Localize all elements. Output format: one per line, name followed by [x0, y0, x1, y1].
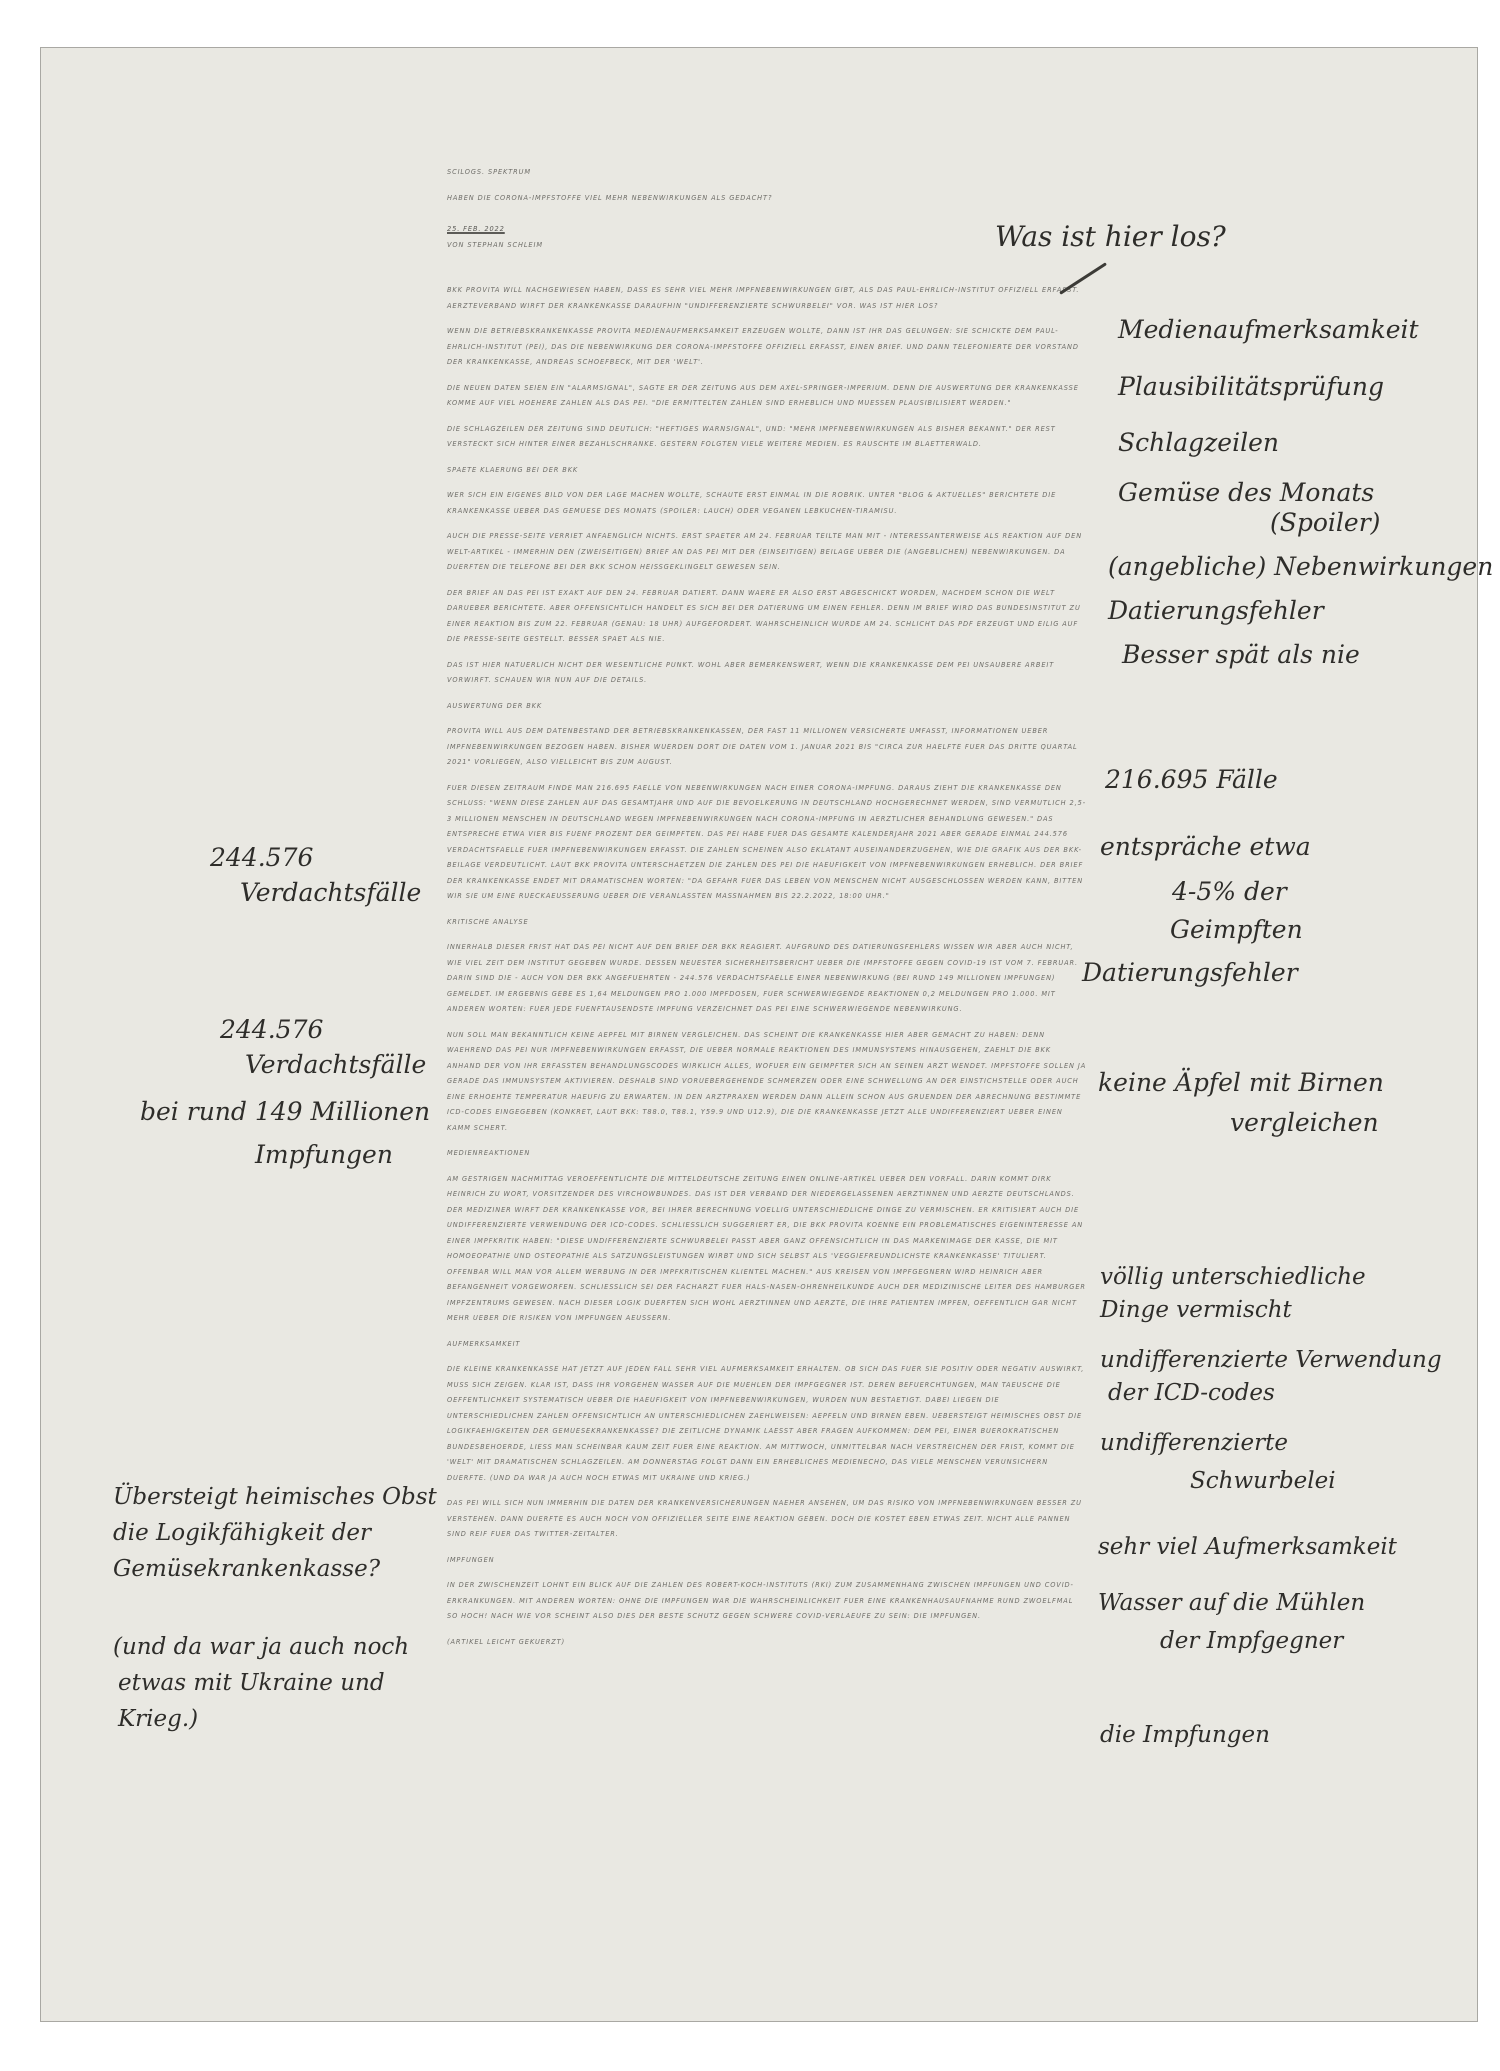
note-spoiler: (Spoiler): [1270, 508, 1380, 538]
note-medienaufmerksamkeit: Medienaufmerksamkeit: [1118, 315, 1419, 345]
section-heading: MEDIENREAKTIONEN: [447, 1146, 1087, 1162]
note-undiff-verwendung: undifferenzierte Verwendung: [1100, 1345, 1442, 1375]
paragraph: DIE SCHLAGZEILEN DER ZEITUNG SIND DEUTLI…: [447, 422, 1087, 453]
paragraph: PROVITA WILL AUS DEM DATENBESTAND DER BE…: [447, 724, 1087, 771]
section-heading: SPAETE KLAERUNG BEI DER BKK: [447, 463, 1087, 479]
paragraph: WER SICH EIN EIGENES BILD VON DER LAGE M…: [447, 488, 1087, 519]
note-aepfel-birnen: keine Äpfel mit Birnen: [1098, 1068, 1384, 1098]
note-cases: 216.695 Fälle: [1105, 765, 1278, 795]
article-footnote: (ARTIKEL LEICHT GEKUERZT): [447, 1635, 1087, 1651]
note-question: Was ist hier los?: [995, 222, 1226, 252]
section-heading: AUSWERTUNG DER BKK: [447, 699, 1087, 715]
note-entspraeche: entspräche etwa: [1100, 832, 1311, 862]
note-left-verdacht-label-2: Verdachtsfälle: [245, 1050, 426, 1080]
note-left-obst-1: Übersteigt heimisches Obst: [113, 1482, 437, 1512]
note-left-ukraine-1: (und da war ja auch noch: [113, 1632, 409, 1662]
paragraph: AUCH DIE PRESSE-SEITE VERRIET ANFAENGLIC…: [447, 529, 1087, 576]
note-left-ukraine-3: Krieg.): [118, 1704, 198, 1734]
article-source: SCILOGS. SPEKTRUM: [447, 165, 1087, 181]
paragraph: BKK PROVITA WILL NACHGEWIESEN HABEN, DAS…: [447, 283, 1087, 314]
paragraph: DAS PEI WILL SICH NUN IMMERHIN DIE DATEN…: [447, 1496, 1087, 1543]
paragraph: IN DER ZWISCHENZEIT LOHNT EIN BLICK AUF …: [447, 1578, 1087, 1625]
paragraph: DER BRIEF AN DAS PEI IST EXAKT AUF DEN 2…: [447, 586, 1087, 648]
note-percent: 4-5% der: [1172, 877, 1287, 907]
note-schwurbelei: Schwurbelei: [1190, 1466, 1336, 1496]
note-vergleichen: vergleichen: [1230, 1108, 1379, 1138]
note-die-impfungen: die Impfungen: [1100, 1720, 1270, 1750]
paragraph: WENN DIE BETRIEBSKRANKENKASSE PROVITA ME…: [447, 324, 1087, 371]
section-heading: AUFMERKSAMKEIT: [447, 1337, 1087, 1353]
note-left-obst-2: die Logikfähigkeit der: [113, 1518, 371, 1548]
note-geimpften: Geimpften: [1170, 915, 1303, 945]
note-left-impfungen: Impfungen: [255, 1140, 393, 1170]
paragraph: DAS IST HIER NATUERLICH NICHT DER WESENT…: [447, 658, 1087, 689]
paragraph: FUER DIESEN ZEITRAUM FINDE MAN 216.695 F…: [447, 781, 1087, 905]
note-left-obst-3: Gemüsekrankenkasse?: [113, 1554, 380, 1584]
typed-article: SCILOGS. SPEKTRUM HABEN DIE CORONA-IMPFS…: [447, 165, 1087, 1660]
note-icd-codes: der ICD-codes: [1108, 1378, 1275, 1408]
note-undiff: undifferenzierte: [1100, 1428, 1288, 1458]
note-voellig: völlig unterschiedliche: [1100, 1262, 1366, 1292]
paragraph: AM GESTRIGEN NACHMITTAG VEROEFFENTLICHTE…: [447, 1172, 1087, 1327]
paragraph: INNERHALB DIESER FRIST HAT DAS PEI NICHT…: [447, 940, 1087, 1018]
section-heading: IMPFUNGEN: [447, 1553, 1087, 1569]
note-aufmerksamkeit: sehr viel Aufmerksamkeit: [1098, 1532, 1397, 1562]
note-left-verdacht-num-1: 244.576: [210, 843, 313, 873]
paragraph: DIE NEUEN DATEN SEIEN EIN "ALARMSIGNAL",…: [447, 381, 1087, 412]
note-left-rund: bei rund 149 Millionen: [140, 1097, 430, 1127]
note-left-verdacht-num-2: 244.576: [220, 1015, 323, 1045]
note-datierungsfehler: Datierungsfehler: [1108, 596, 1324, 626]
article-date: 25. FEB. 2022: [447, 222, 1087, 238]
note-impfgegner: der Impfgegner: [1160, 1626, 1343, 1656]
note-plausibilitaet: Plausibilitätsprüfung: [1118, 372, 1384, 402]
note-left-verdacht-label-1: Verdachtsfälle: [240, 878, 421, 908]
article-author: VON STEPHAN SCHLEIM: [447, 238, 1087, 254]
note-dinge-vermischt: Dinge vermischt: [1100, 1295, 1292, 1325]
note-gemuese: Gemüse des Monats: [1118, 478, 1374, 508]
article-headline: HABEN DIE CORONA-IMPFSTOFFE VIEL MEHR NE…: [447, 191, 1087, 207]
note-datierungsfehler-2: Datierungsfehler: [1082, 958, 1298, 988]
note-nebenwirkungen: (angebliche) Nebenwirkungen: [1108, 552, 1493, 582]
note-schlagzeilen: Schlagzeilen: [1118, 428, 1279, 458]
note-left-ukraine-2: etwas mit Ukraine und: [118, 1668, 385, 1698]
note-wasser-muehlen: Wasser auf die Mühlen: [1098, 1588, 1365, 1618]
paragraph: DIE KLEINE KRANKENKASSE HAT JETZT AUF JE…: [447, 1362, 1087, 1486]
note-besser-spaet: Besser spät als nie: [1122, 640, 1360, 670]
paragraph: NUN SOLL MAN BEKANNTLICH KEINE AEPFEL MI…: [447, 1028, 1087, 1137]
section-heading: KRITISCHE ANALYSE: [447, 915, 1087, 931]
